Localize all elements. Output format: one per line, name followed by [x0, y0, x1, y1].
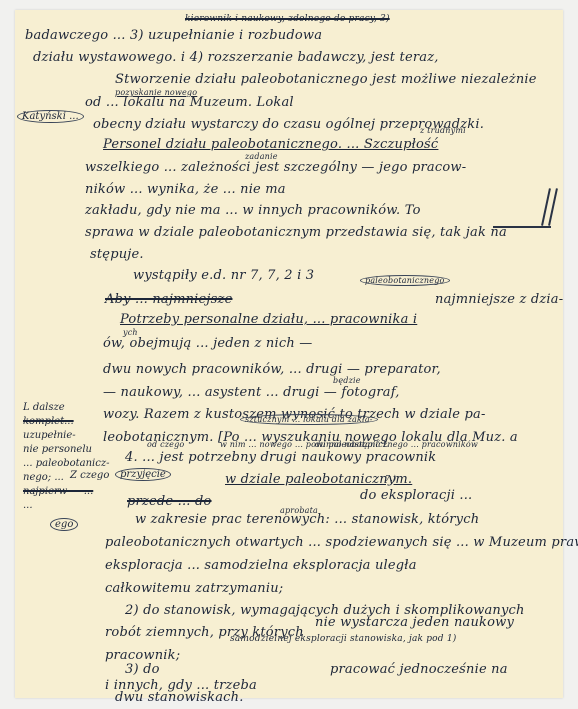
text-line: Aby ... najmniejsze: [105, 292, 232, 307]
text-line: 3) do: [125, 662, 160, 677]
text-line: 4. ... jest potrzebny drugi naukowy prac…: [125, 450, 436, 465]
margin-note: Z czego: [70, 470, 109, 481]
text-line: kierownik i naukowy, zdolnego do pracy, …: [185, 14, 390, 24]
text-line: dwu stanowiskach.: [115, 690, 244, 705]
text-line: pracować jednocześnie na: [330, 662, 508, 677]
text-line: do eksploracji ...: [360, 488, 472, 503]
text-line: Stworzenie działu paleobotanicznego jest…: [115, 72, 537, 87]
text-line: wszelkiego ... zależności jest szczególn…: [85, 160, 466, 175]
margin-note: najpierw — ...: [23, 486, 93, 497]
margin-note: nego; ...: [23, 472, 64, 483]
margin-note: ...: [23, 500, 33, 511]
text-line: paleobotanicznych otwartych ... spodziew…: [105, 535, 578, 550]
text-line: badawczego ... 3) uzupełnianie i rozbudo…: [25, 28, 322, 43]
interlinear-note: od czego: [147, 440, 184, 449]
margin-note: L dalsze: [23, 402, 65, 413]
text-line: ników ... wynika, że ... nie ma: [85, 182, 286, 197]
text-line: przede ... do: [127, 494, 212, 509]
text-line: zakładu, gdy nie ma ... w innych pracown…: [85, 203, 421, 218]
margin-mark: [548, 188, 557, 225]
text-line: wystąpiły e.d. nr 7, 7, 2 i 3: [133, 268, 314, 283]
margin-note: uzupełnie-: [23, 430, 76, 441]
margin-note: nie personelu: [23, 444, 92, 455]
margin-mark: [493, 226, 551, 228]
interlinear-note: du paleobotanicznego ... pracowników: [315, 440, 478, 449]
margin-note: komplet...: [23, 416, 74, 427]
interlinear-note: 7.): [385, 474, 396, 483]
text-line: nie wystarcza jeden naukowy: [315, 615, 514, 630]
text-line: Potrzeby personalne działu, ... pracowni…: [120, 312, 417, 327]
margin-note: przyjęcie: [115, 468, 171, 481]
text-line: pracownik;: [105, 648, 180, 663]
text-line: samodzielnej eksploracji stanowiska, jak…: [230, 634, 456, 644]
text-line: dwu nowych pracowników, ... drugi — prep…: [103, 362, 441, 377]
interlinear-note: będzie: [333, 376, 361, 385]
text-line: eksploracja ... samodzielna eksploracja …: [105, 558, 417, 573]
text-line: ów, obejmują ... jeden z nich —: [103, 336, 312, 351]
text-line: działu wystawowego. i 4) rozszerzanie ba…: [33, 50, 439, 65]
interlinear-note: aprobata: [280, 506, 318, 515]
interlinear-note: sztucznym ... lokalu dla zakła-: [240, 414, 378, 425]
margin-note: ... paleobotanicz-: [23, 458, 110, 469]
interlinear-note: paleobotanicznego: [360, 275, 450, 286]
margin-note: ego: [50, 518, 78, 531]
interlinear-note: z trudnymi: [420, 126, 466, 135]
text-line: najmniejsze z dzia-: [435, 292, 563, 307]
text-line: sprawa w dziale paleobotanicznym przedst…: [85, 225, 507, 240]
manuscript-page: 6 kierownik i naukowy, zdolnego do pracy…: [15, 10, 563, 698]
text-line: — naukowy, ... asystent ... drugi — foto…: [103, 385, 400, 400]
text-line: Personel działu paleobotanicznego. ... S…: [103, 137, 438, 152]
text-line: stępuje.: [90, 247, 144, 262]
text-line: od ... lokalu na Muzeum. Lokal: [85, 95, 294, 110]
margin-note: Katyński ...: [17, 110, 84, 123]
text-line: całkowitemu zatrzymaniu;: [105, 581, 283, 596]
